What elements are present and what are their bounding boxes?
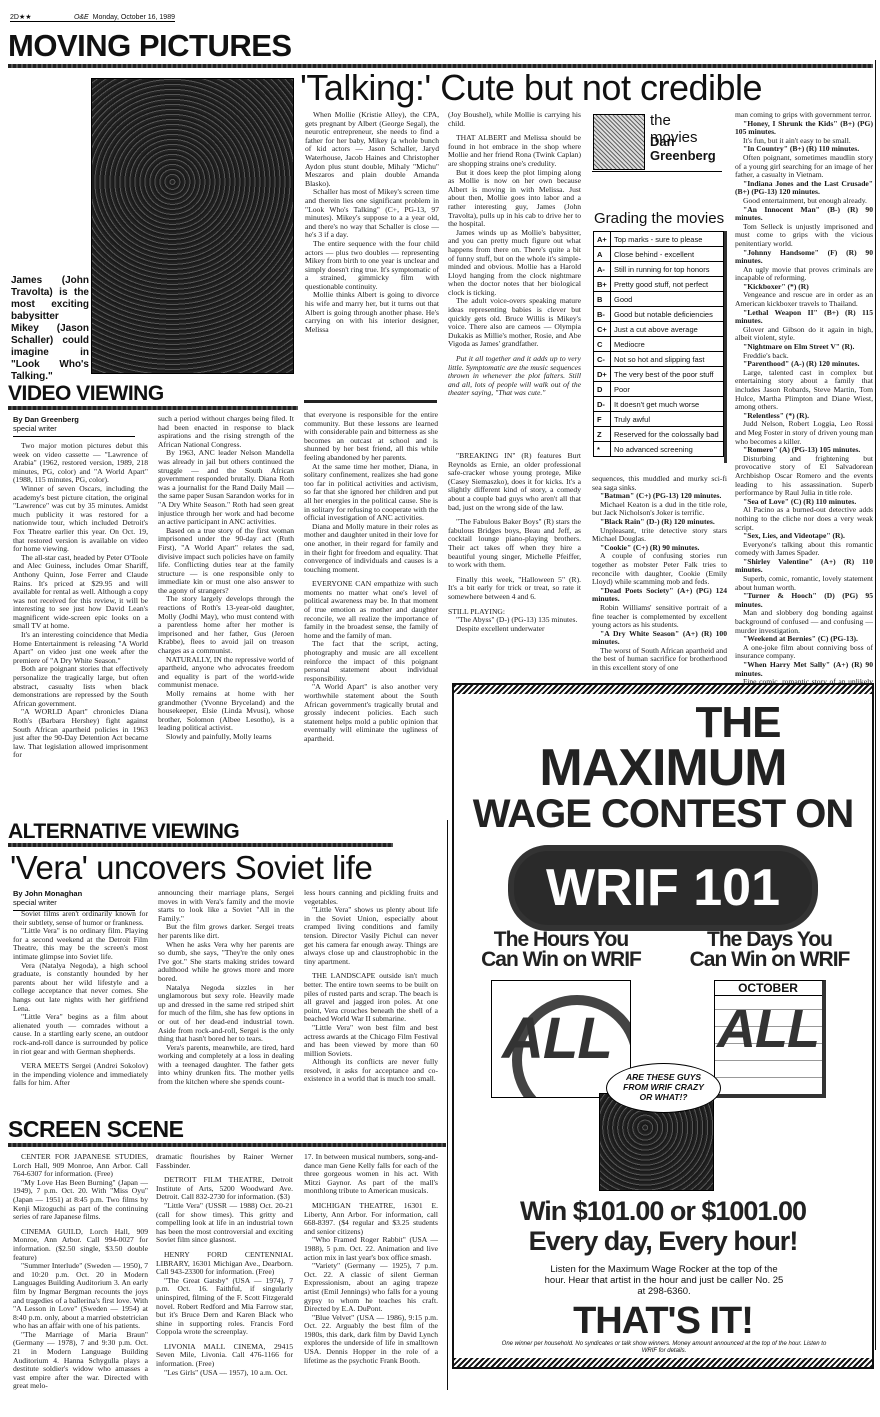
review-line: Tom Selleck is unjustly imprisoned and m… bbox=[735, 223, 873, 249]
review-line: Large, talented cast in complex but ente… bbox=[735, 369, 873, 412]
review-line: Michael Keaton is a dud in the title rol… bbox=[592, 501, 727, 518]
grade-symbol: Z bbox=[594, 427, 611, 442]
grade-symbol: B bbox=[594, 292, 611, 307]
grade-description: Good but notable deficiencies bbox=[611, 307, 724, 322]
article-column: (Joy Boushel), while Mollie is carrying … bbox=[448, 111, 581, 398]
headline-vera: 'Vera' uncovers Soviet life bbox=[10, 851, 480, 884]
section-rule bbox=[8, 406, 298, 410]
grade-row: C-Not so hot and slipping fast bbox=[594, 352, 724, 367]
grade-description: No advanced screening bbox=[611, 442, 724, 457]
grade-row: B-Good but notable deficiencies bbox=[594, 307, 724, 322]
still-playing-column: sequences, this muddled and murky sci-fi… bbox=[592, 475, 727, 673]
grade-row: D+The very best of the poor stuff bbox=[594, 367, 724, 382]
grade-symbol: D+ bbox=[594, 367, 611, 382]
grade-description: Mediocre bbox=[611, 337, 724, 352]
article-column: Soviet films aren't ordinarily known for… bbox=[13, 910, 148, 1088]
section-rule bbox=[304, 400, 437, 403]
grade-description: Still in running for top honors bbox=[611, 262, 724, 277]
review-line: Superb, comic, romantic, lovely statemen… bbox=[735, 575, 873, 592]
grade-row: A-Still in running for top honors bbox=[594, 262, 724, 277]
grade-symbol: C- bbox=[594, 352, 611, 367]
section-title-moving-pictures: MOVING PICTURES bbox=[8, 30, 292, 61]
review-line: "Honey, I Shrunk the Kids" (B+) (PG) 105… bbox=[735, 120, 873, 137]
ad-tagline: THAT'S IT! bbox=[454, 1303, 872, 1339]
review-line: Disturbing and frightening but provocati… bbox=[735, 455, 873, 498]
photo-caption: James (John Travolta) is the most exciti… bbox=[11, 275, 89, 383]
article-column: When Mollie (Kristie Alley), the CPA, ge… bbox=[305, 111, 439, 371]
section-title-screen-scene: SCREEN SCENE bbox=[8, 1118, 183, 1141]
grade-description: Poor bbox=[611, 382, 724, 397]
section-title-video-viewing: VIDEO VIEWING bbox=[8, 383, 164, 404]
section-title-alternative-viewing: ALTERNATIVE VIEWING bbox=[8, 821, 239, 842]
review-line: A couple of confusing stories run togeth… bbox=[592, 552, 727, 586]
grade-row: *No advanced screening bbox=[594, 442, 724, 457]
grade-symbol: D bbox=[594, 382, 611, 397]
columnist-portrait bbox=[593, 114, 645, 170]
grade-description: Not so hot and slipping fast bbox=[611, 352, 724, 367]
review-line: "An Innocent Man" (B-) (R) 90 minutes. bbox=[735, 206, 873, 223]
review-line: Robin Williams' sensitive portrait of a … bbox=[592, 604, 727, 630]
table-shadow bbox=[724, 231, 727, 463]
article-column: that everyone is responsible for the ent… bbox=[304, 411, 438, 744]
grade-symbol: A+ bbox=[594, 232, 611, 247]
photo-travolta bbox=[91, 78, 294, 374]
review-line: "Lethal Weapon II" (B+) (R) 115 minutes. bbox=[735, 309, 873, 326]
grade-symbol: B- bbox=[594, 307, 611, 322]
grade-row: DPoor bbox=[594, 382, 724, 397]
review-line: "Johnny Handsome" (F) (R) 90 minutes. bbox=[735, 249, 873, 266]
grade-description: Pretty good stuff, not perfect bbox=[611, 277, 724, 292]
grade-description: Good bbox=[611, 292, 724, 307]
grade-description: Truly awful bbox=[611, 412, 724, 427]
review-line: Man and slobbery dog bonding against bac… bbox=[735, 609, 873, 635]
grade-description: Just a cut above average bbox=[611, 322, 724, 337]
section-rule bbox=[8, 1143, 446, 1147]
ad-border-hatch bbox=[454, 685, 872, 694]
review-line: "A Dry White Season" (A+) (R) 100 minute… bbox=[592, 630, 727, 647]
grade-description: Reserved for the colossally bad bbox=[611, 427, 724, 442]
page-number: 2D★★ bbox=[10, 13, 32, 21]
article-column: Two major motion pictures debut this wee… bbox=[13, 442, 148, 760]
article-column: "BREAKING IN" (R) features Burt Reynolds… bbox=[448, 452, 581, 633]
grade-symbol: * bbox=[594, 442, 611, 457]
review-line: "Indiana Jones and the Last Crusade" (B+… bbox=[735, 180, 873, 197]
review-line: Everyone's talking about this romantic c… bbox=[735, 541, 873, 558]
review-line: An ugly movie that proves criminals are … bbox=[735, 266, 873, 283]
ad-fine-print: One winner per household. No syndicates … bbox=[494, 1341, 834, 1355]
ad-the: THE bbox=[454, 702, 872, 744]
grade-symbol: D- bbox=[594, 397, 611, 412]
ad-frequency: Every day, Every hour! bbox=[454, 1229, 872, 1255]
grade-description: Top marks - sure to please bbox=[611, 232, 724, 247]
ad-maximum: MAXIMUM bbox=[454, 744, 872, 793]
grade-row: D-It doesn't get much worse bbox=[594, 397, 724, 412]
page-folio: 2D★★ O&E Monday, October 16, 1989 bbox=[10, 8, 175, 22]
review-line: Often poignant, sometimes maudlin story … bbox=[735, 154, 873, 180]
columnist-name: Dan Greenberg bbox=[650, 135, 716, 163]
grade-row: C+Just a cut above average bbox=[594, 322, 724, 337]
grade-symbol: F bbox=[594, 412, 611, 427]
byline: By Dan Greenberg special writer bbox=[13, 415, 148, 440]
ad-wage-contest: WAGE CONTEST ON bbox=[454, 795, 872, 833]
section-date: O&E Monday, October 16, 1989 bbox=[74, 14, 175, 21]
review-line: Glover and Gibson do it again in high, a… bbox=[735, 326, 873, 343]
review-line: Vengeance and rescue are in order as an … bbox=[735, 291, 873, 308]
grade-description: Close behind - excellent bbox=[611, 247, 724, 262]
grade-symbol: B+ bbox=[594, 277, 611, 292]
section-rule bbox=[8, 843, 393, 847]
grade-symbol: A bbox=[594, 247, 611, 262]
grade-row: AClose behind - excellent bbox=[594, 247, 724, 262]
grade-row: B+Pretty good stuff, not perfect bbox=[594, 277, 724, 292]
grade-row: BGood bbox=[594, 292, 724, 307]
wrif-advertisement[interactable]: THE MAXIMUM WAGE CONTEST ON WRIF 101 The… bbox=[452, 683, 874, 1369]
review-line: sequences, this muddled and murky sci-fi… bbox=[592, 475, 727, 492]
grade-row: A+Top marks - sure to please bbox=[594, 232, 724, 247]
grade-symbol: A- bbox=[594, 262, 611, 277]
listing-column: CENTER FOR JAPANESE STUDIES, Lorch Hall,… bbox=[13, 1153, 148, 1391]
review-line: Al Pacino as a burned-out detective adds… bbox=[735, 506, 873, 532]
calendar-graphic: OCTOBER ALL bbox=[714, 980, 826, 1098]
grading-title: Grading the movies bbox=[594, 210, 724, 227]
review-line: A one-joke film about conniving boss of … bbox=[735, 644, 873, 661]
review-line: The worst of South African apartheid and… bbox=[592, 647, 727, 673]
listing-column: 17. In between musical numbers, song-and… bbox=[304, 1153, 438, 1365]
grade-description: The very best of the poor stuff bbox=[611, 367, 724, 382]
grade-description: It doesn't get much worse bbox=[611, 397, 724, 412]
ad-prize: Win $101.00 or $1001.00 bbox=[454, 1199, 872, 1225]
review-line: "Shirley Valentine" (A+) (R) 110 minutes… bbox=[735, 558, 873, 575]
ad-instructions: Listen for the Maximum Wage Rocker at th… bbox=[544, 1264, 784, 1297]
still-playing-column: man coming to grips with government terr… bbox=[735, 111, 873, 704]
grading-table: A+Top marks - sure to pleaseAClose behin… bbox=[593, 231, 724, 457]
grade-row: FTruly awful bbox=[594, 412, 724, 427]
article-column: less hours canning and pickling fruits a… bbox=[304, 889, 438, 1084]
grade-symbol: C+ bbox=[594, 322, 611, 337]
headline-talking: 'Talking:' Cute but not credible bbox=[300, 70, 880, 106]
grade-symbol: C bbox=[594, 337, 611, 352]
page-edge-rule bbox=[875, 60, 876, 1350]
review-line: Judd Nelson, Robert Loggia, Leo Rossi an… bbox=[735, 420, 873, 446]
wrif-logo: WRIF 101 bbox=[508, 845, 818, 931]
review-line: "When Harry Met Sally" (A+) (R) 90 minut… bbox=[735, 661, 873, 678]
columnist-box: the movies Dan Greenberg bbox=[592, 112, 722, 172]
review-line: "Dead Poets Society" (A+) (PG) 124 minut… bbox=[592, 587, 727, 604]
grade-row: CMediocre bbox=[594, 337, 724, 352]
review-line: Unpleasant, trite detective story stars … bbox=[592, 527, 727, 544]
ad-border-hatch bbox=[454, 1358, 872, 1367]
review-line: "Turner & Hooch" (D) (PG) 95 minutes. bbox=[735, 592, 873, 609]
calendar-icon: OCTOBER bbox=[715, 981, 822, 996]
article-column: announcing their marriage plans, Sergei … bbox=[158, 889, 294, 1087]
article-column: such a period without charges being file… bbox=[158, 415, 294, 742]
speech-bubble: ARE THESE GUYS FROM WRIF CRAZY OR WHAT!? bbox=[606, 1063, 721, 1113]
column-divider bbox=[447, 820, 448, 1390]
grade-row: ZReserved for the colossally bad bbox=[594, 427, 724, 442]
listing-column: dramatic flourishes by Rainer Werner Fas… bbox=[156, 1153, 293, 1377]
